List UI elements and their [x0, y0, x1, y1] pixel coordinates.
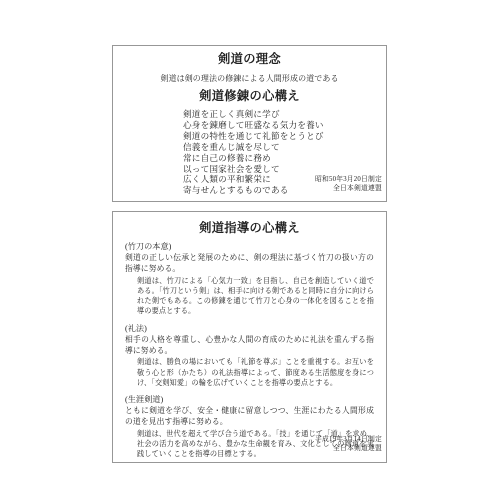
mindset-line-4: 信義を重んじ誠を尽して: [183, 142, 386, 153]
section-heading-shinai: (竹刀の本意): [125, 241, 374, 252]
section-body-shinai: 剣道の正しい伝承と発展のために、剣の理法に基づく竹刀の扱い方の指導に努める。: [125, 253, 374, 275]
mindset-line-6: 以って国家社会を愛して: [183, 164, 386, 175]
instruction-enactment-date: 平成19年3月14日制定: [315, 435, 382, 444]
document-page: 剣道の理念 剣道は剣の理法の修錬による人間形成の道である 剣道修錬の心構え 剣道…: [0, 0, 500, 500]
concept-card: 剣道の理念 剣道は剣の理法の修錬による人間形成の道である 剣道修錬の心構え 剣道…: [112, 45, 387, 202]
mindset-title: 剣道修錬の心構え: [113, 90, 386, 103]
concept-organization: 全日本剣道連盟: [315, 184, 382, 193]
section-body-lifelong: ともに剣道を学び、安全・健康に留意しつつ、生涯にわたる人間形成の道を見出す指導に…: [125, 406, 374, 428]
section-heading-reiho: (礼法): [125, 323, 374, 334]
instruction-card: 剣道指導の心構え (竹刀の本意) 剣道の正しい伝承と発展のために、剣の理法に基づ…: [112, 211, 387, 463]
instruction-colophon: 平成19年3月14日制定 全日本剣道連盟: [315, 435, 382, 453]
mindset-line-1: 剣道を正しく真剣に学び: [183, 109, 386, 120]
section-note-reiho: 剣道は、勝負の場においても「礼節を尊ぶ」ことを重視する。お互いを敬う心と形（かた…: [137, 357, 374, 388]
concept-enactment-date: 昭和50年3月20日制定: [315, 175, 382, 184]
instruction-organization: 全日本剣道連盟: [315, 444, 382, 453]
mindset-line-5: 常に自己の修養に務め: [183, 153, 386, 164]
section-heading-lifelong: (生涯剣道): [125, 394, 374, 405]
section-reiho: (礼法) 相手の人格を尊重し、心豊かな人間の育成のために礼法を重んずる指導に努め…: [125, 323, 374, 388]
section-shinai-purpose: (竹刀の本意) 剣道の正しい伝承と発展のために、剣の理法に基づく竹刀の扱い方の指…: [125, 241, 374, 317]
mindset-line-3: 剣道の特性を通じて礼節をとうとび: [183, 131, 386, 142]
concept-statement: 剣道は剣の理法の修錬による人間形成の道である: [113, 74, 386, 83]
mindset-line-2: 心身を錬磨して旺盛なる気力を養い: [183, 120, 386, 131]
concept-colophon: 昭和50年3月20日制定 全日本剣道連盟: [315, 175, 382, 193]
section-body-reiho: 相手の人格を尊重し、心豊かな人間の育成のために礼法を重んずる指導に努める。: [125, 335, 374, 357]
instruction-title: 剣道指導の心構え: [125, 222, 374, 235]
concept-title: 剣道の理念: [113, 53, 386, 66]
section-note-shinai: 剣道は、竹刀による「心気力一致」を目指し、自己を創造していく道である。「竹刀とい…: [137, 276, 374, 317]
